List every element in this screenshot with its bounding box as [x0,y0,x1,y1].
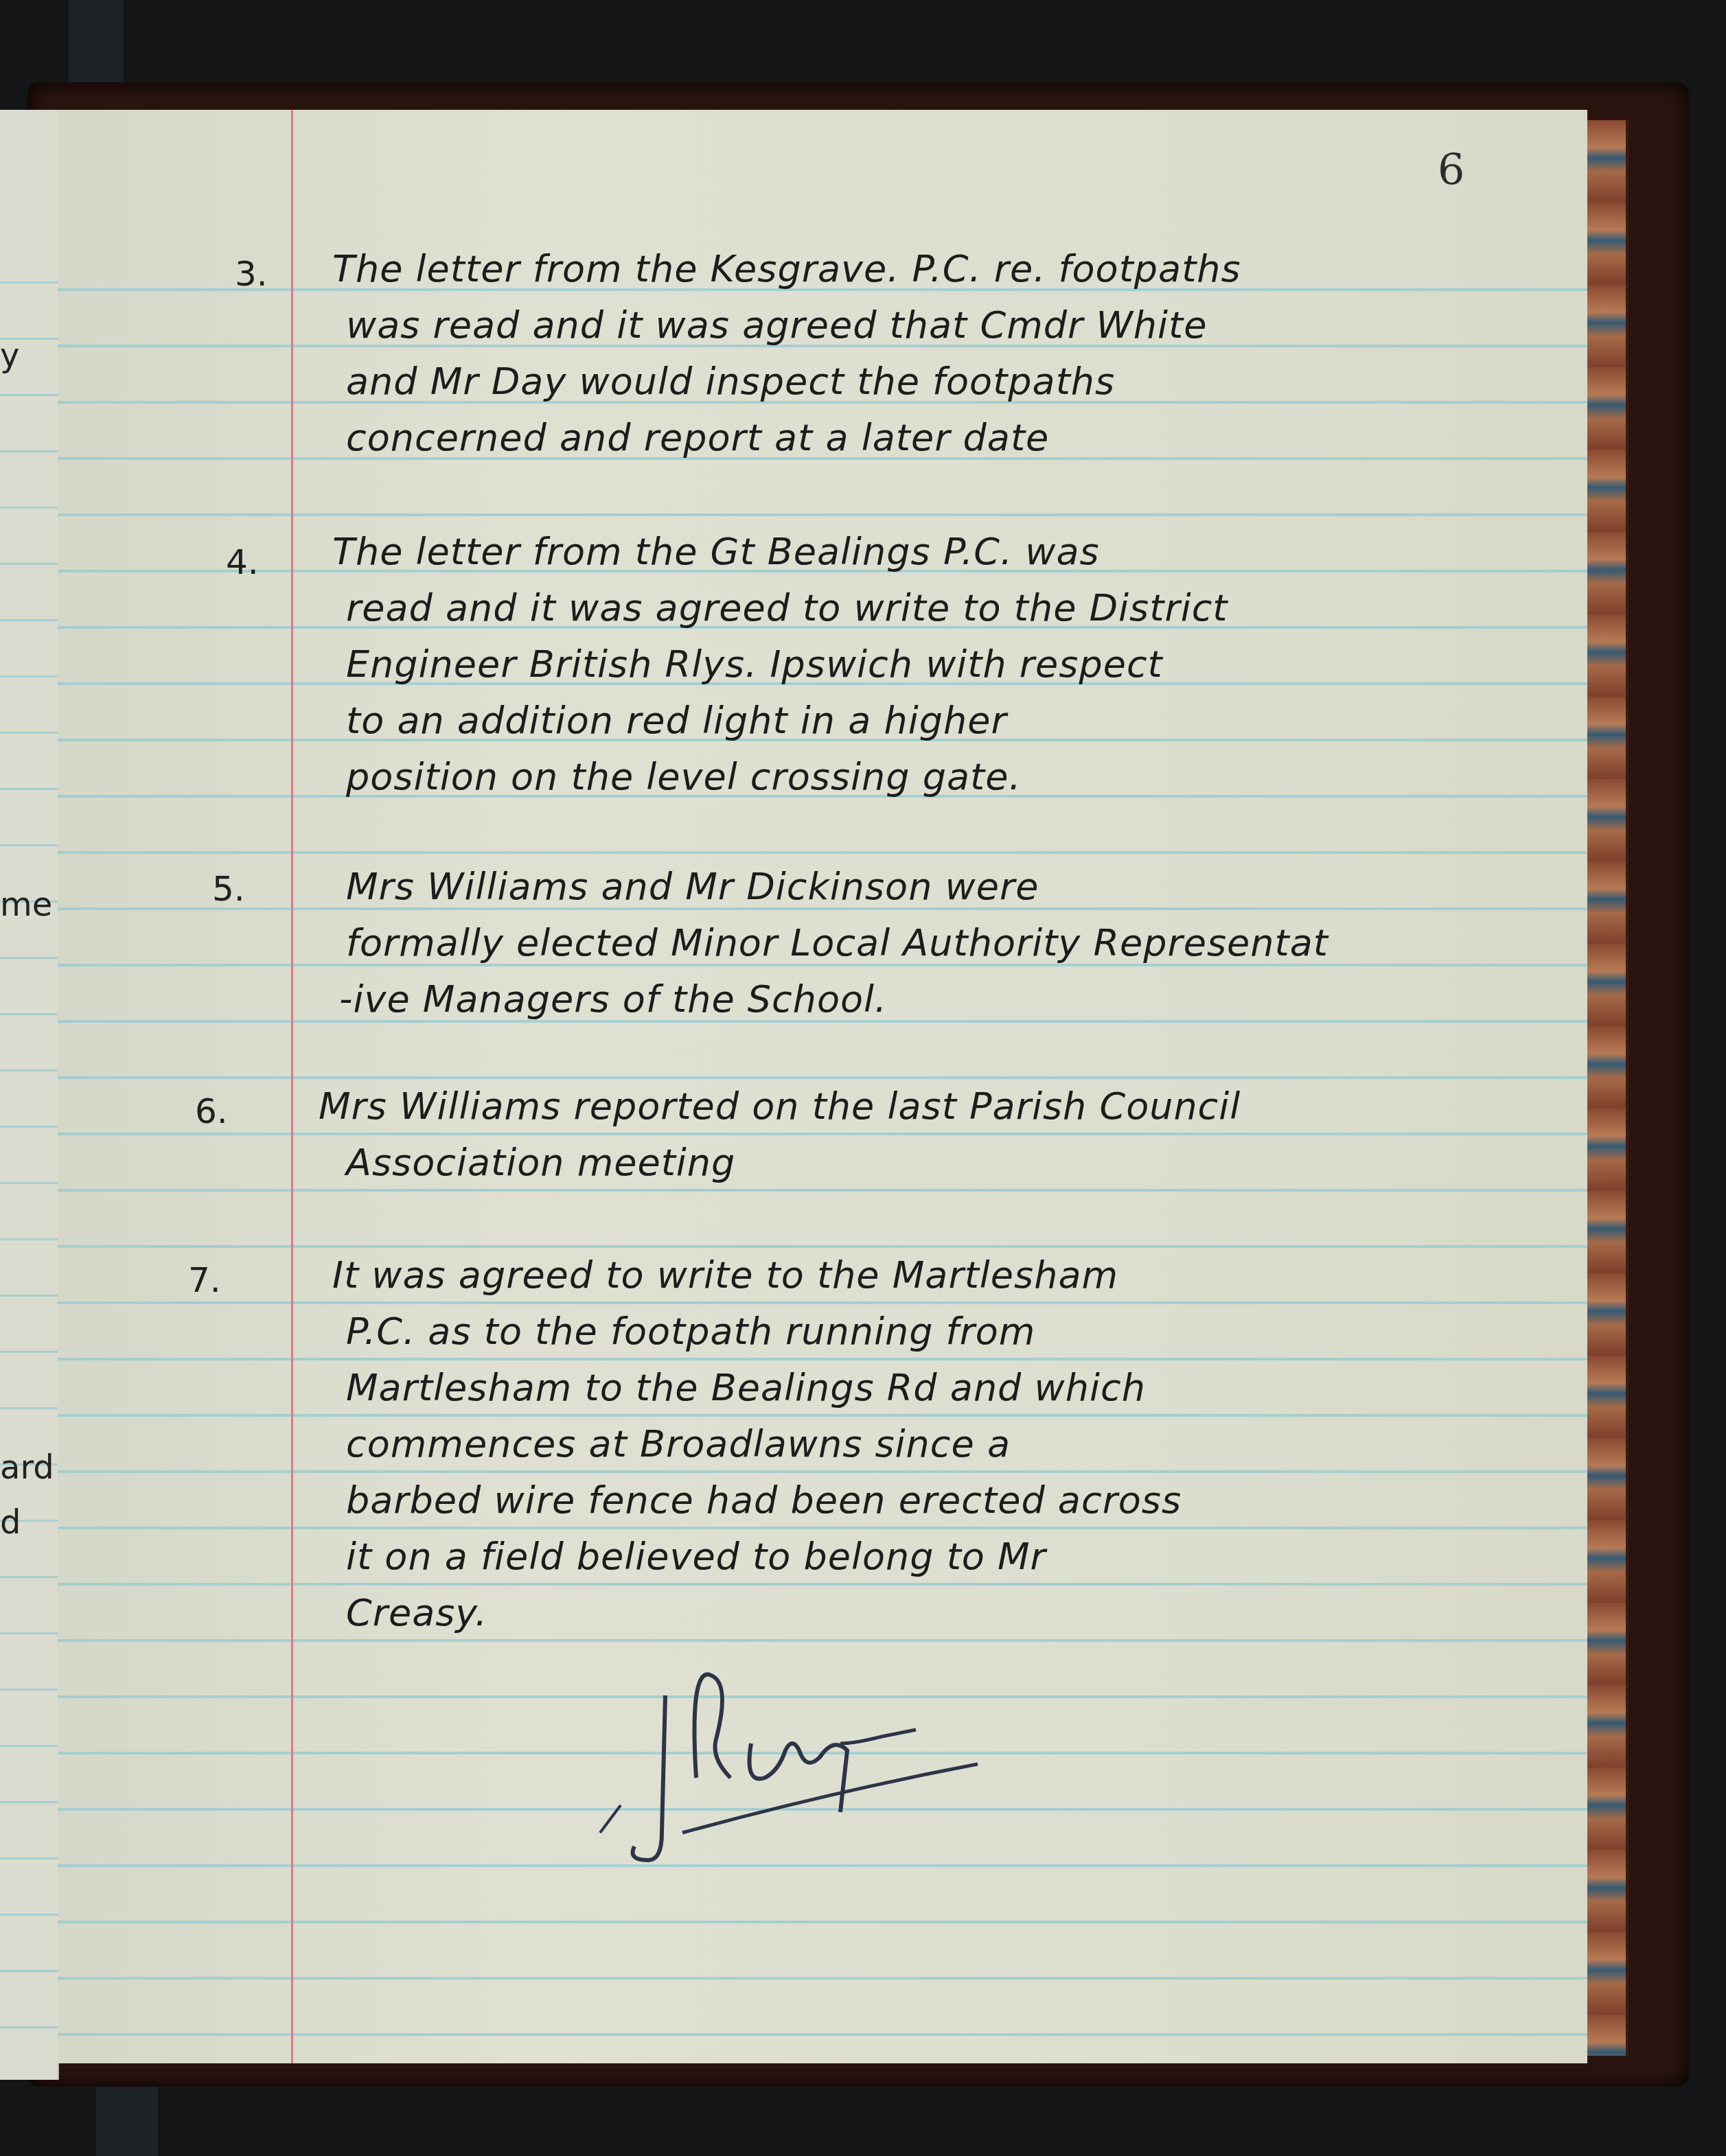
ruled-line [58,1245,1587,1248]
ruled-line [58,1921,1587,1923]
item-number: 6. [195,1091,228,1131]
ruled-line [0,1069,58,1071]
item-line: to an addition red light in a higher [346,699,1007,742]
item-line: Mrs Williams and Mr Dickinson were [346,865,1039,908]
item-line: -ive Managers of the School. [339,977,887,1021]
ruled-line [0,1182,58,1184]
ruled-line [0,1970,58,1972]
ruled-line [58,1076,1587,1079]
ruled-line [0,844,58,846]
ruled-line [0,281,58,283]
ruled-line [0,1013,58,1015]
left-page-fragment: ard [0,1448,54,1487]
item-line: position on the level crossing gate. [346,755,1022,798]
signature: J. R. [signature] [593,1654,1156,1874]
ruled-line [58,1470,1587,1473]
item-line: The letter from the Kesgrave. P.C. re. f… [332,247,1241,290]
left-page-fragment: y [0,336,19,375]
item-line: Mrs Williams reported on the last Parish… [319,1085,1241,1128]
item-line: P.C. as to the footpath running from [346,1310,1035,1353]
ruled-line [0,1407,58,1409]
ruled-line [0,1801,58,1803]
left-page-fragment: d [0,1503,21,1542]
item-line: barbed wire fence had been erected acros… [346,1479,1182,1522]
ruled-line [0,957,58,959]
left-page: y me ard d [0,110,59,2080]
item-line: Martlesham to the Bealings Rd and which [346,1366,1146,1409]
item-line: read and it was agreed to write to the D… [346,586,1228,629]
ruled-line [0,1126,58,1128]
ruled-line [0,1238,58,1240]
ruled-line [58,1527,1587,1529]
ruled-line [0,1295,58,1297]
ruled-line [0,788,58,790]
item-line: Creasy. [346,1591,487,1634]
item-number: 5. [212,869,245,909]
ruled-line [58,1977,1587,1980]
ruled-line [0,675,58,677]
ruled-line [0,732,58,734]
ruled-line [58,1358,1587,1360]
item-line: and Mr Day would inspect the footpaths [346,360,1115,403]
ruled-line [0,450,58,452]
ruled-line [0,1914,58,1916]
ruled-line [0,394,58,396]
right-page: 6 3. The letter from the Kesgrave. P.C. … [58,110,1587,2063]
ruled-line [58,2033,1587,2036]
item-line: formally elected Minor Local Authority R… [346,921,1328,964]
ruled-line [0,1745,58,1747]
ruled-line [58,513,1587,516]
marbled-page-edge [1587,120,1629,2056]
item-number: 7. [188,1260,221,1300]
ruled-line [58,1414,1587,1417]
item-number: 3. [235,254,268,294]
item-line: It was agreed to write to the Martlesham [332,1253,1118,1297]
ruled-line [0,2026,58,2028]
item-line: concerned and report at a later date [346,416,1049,459]
item-line: was read and it was agreed that Cmdr Whi… [346,303,1207,347]
ruled-line [58,851,1587,854]
page-number: 6 [1438,144,1464,194]
ruled-line [58,1189,1587,1192]
item-line: commences at Broadlawns since a [346,1422,1011,1465]
ruled-line [58,1301,1587,1304]
item-number: 4. [226,542,259,582]
ruled-line [0,619,58,621]
ruled-line [0,507,58,509]
ruled-line [0,1576,58,1578]
ruled-line [0,1351,58,1353]
ruled-line [58,1133,1587,1135]
item-line: The letter from the Gt Bealings P.C. was [332,530,1100,573]
item-line: Engineer British Rlys. Ipswich with resp… [346,642,1163,686]
item-line: Association meeting [346,1141,735,1184]
ruled-line [0,1857,58,1859]
margin-line [291,110,293,2063]
ruled-line [0,563,58,565]
ruled-line [58,1639,1587,1642]
ruled-line [0,1632,58,1634]
left-page-fragment: me [0,885,52,924]
ruled-line [58,1583,1587,1586]
ruled-line [0,1689,58,1691]
item-line: it on a field believed to belong to Mr [346,1535,1046,1578]
